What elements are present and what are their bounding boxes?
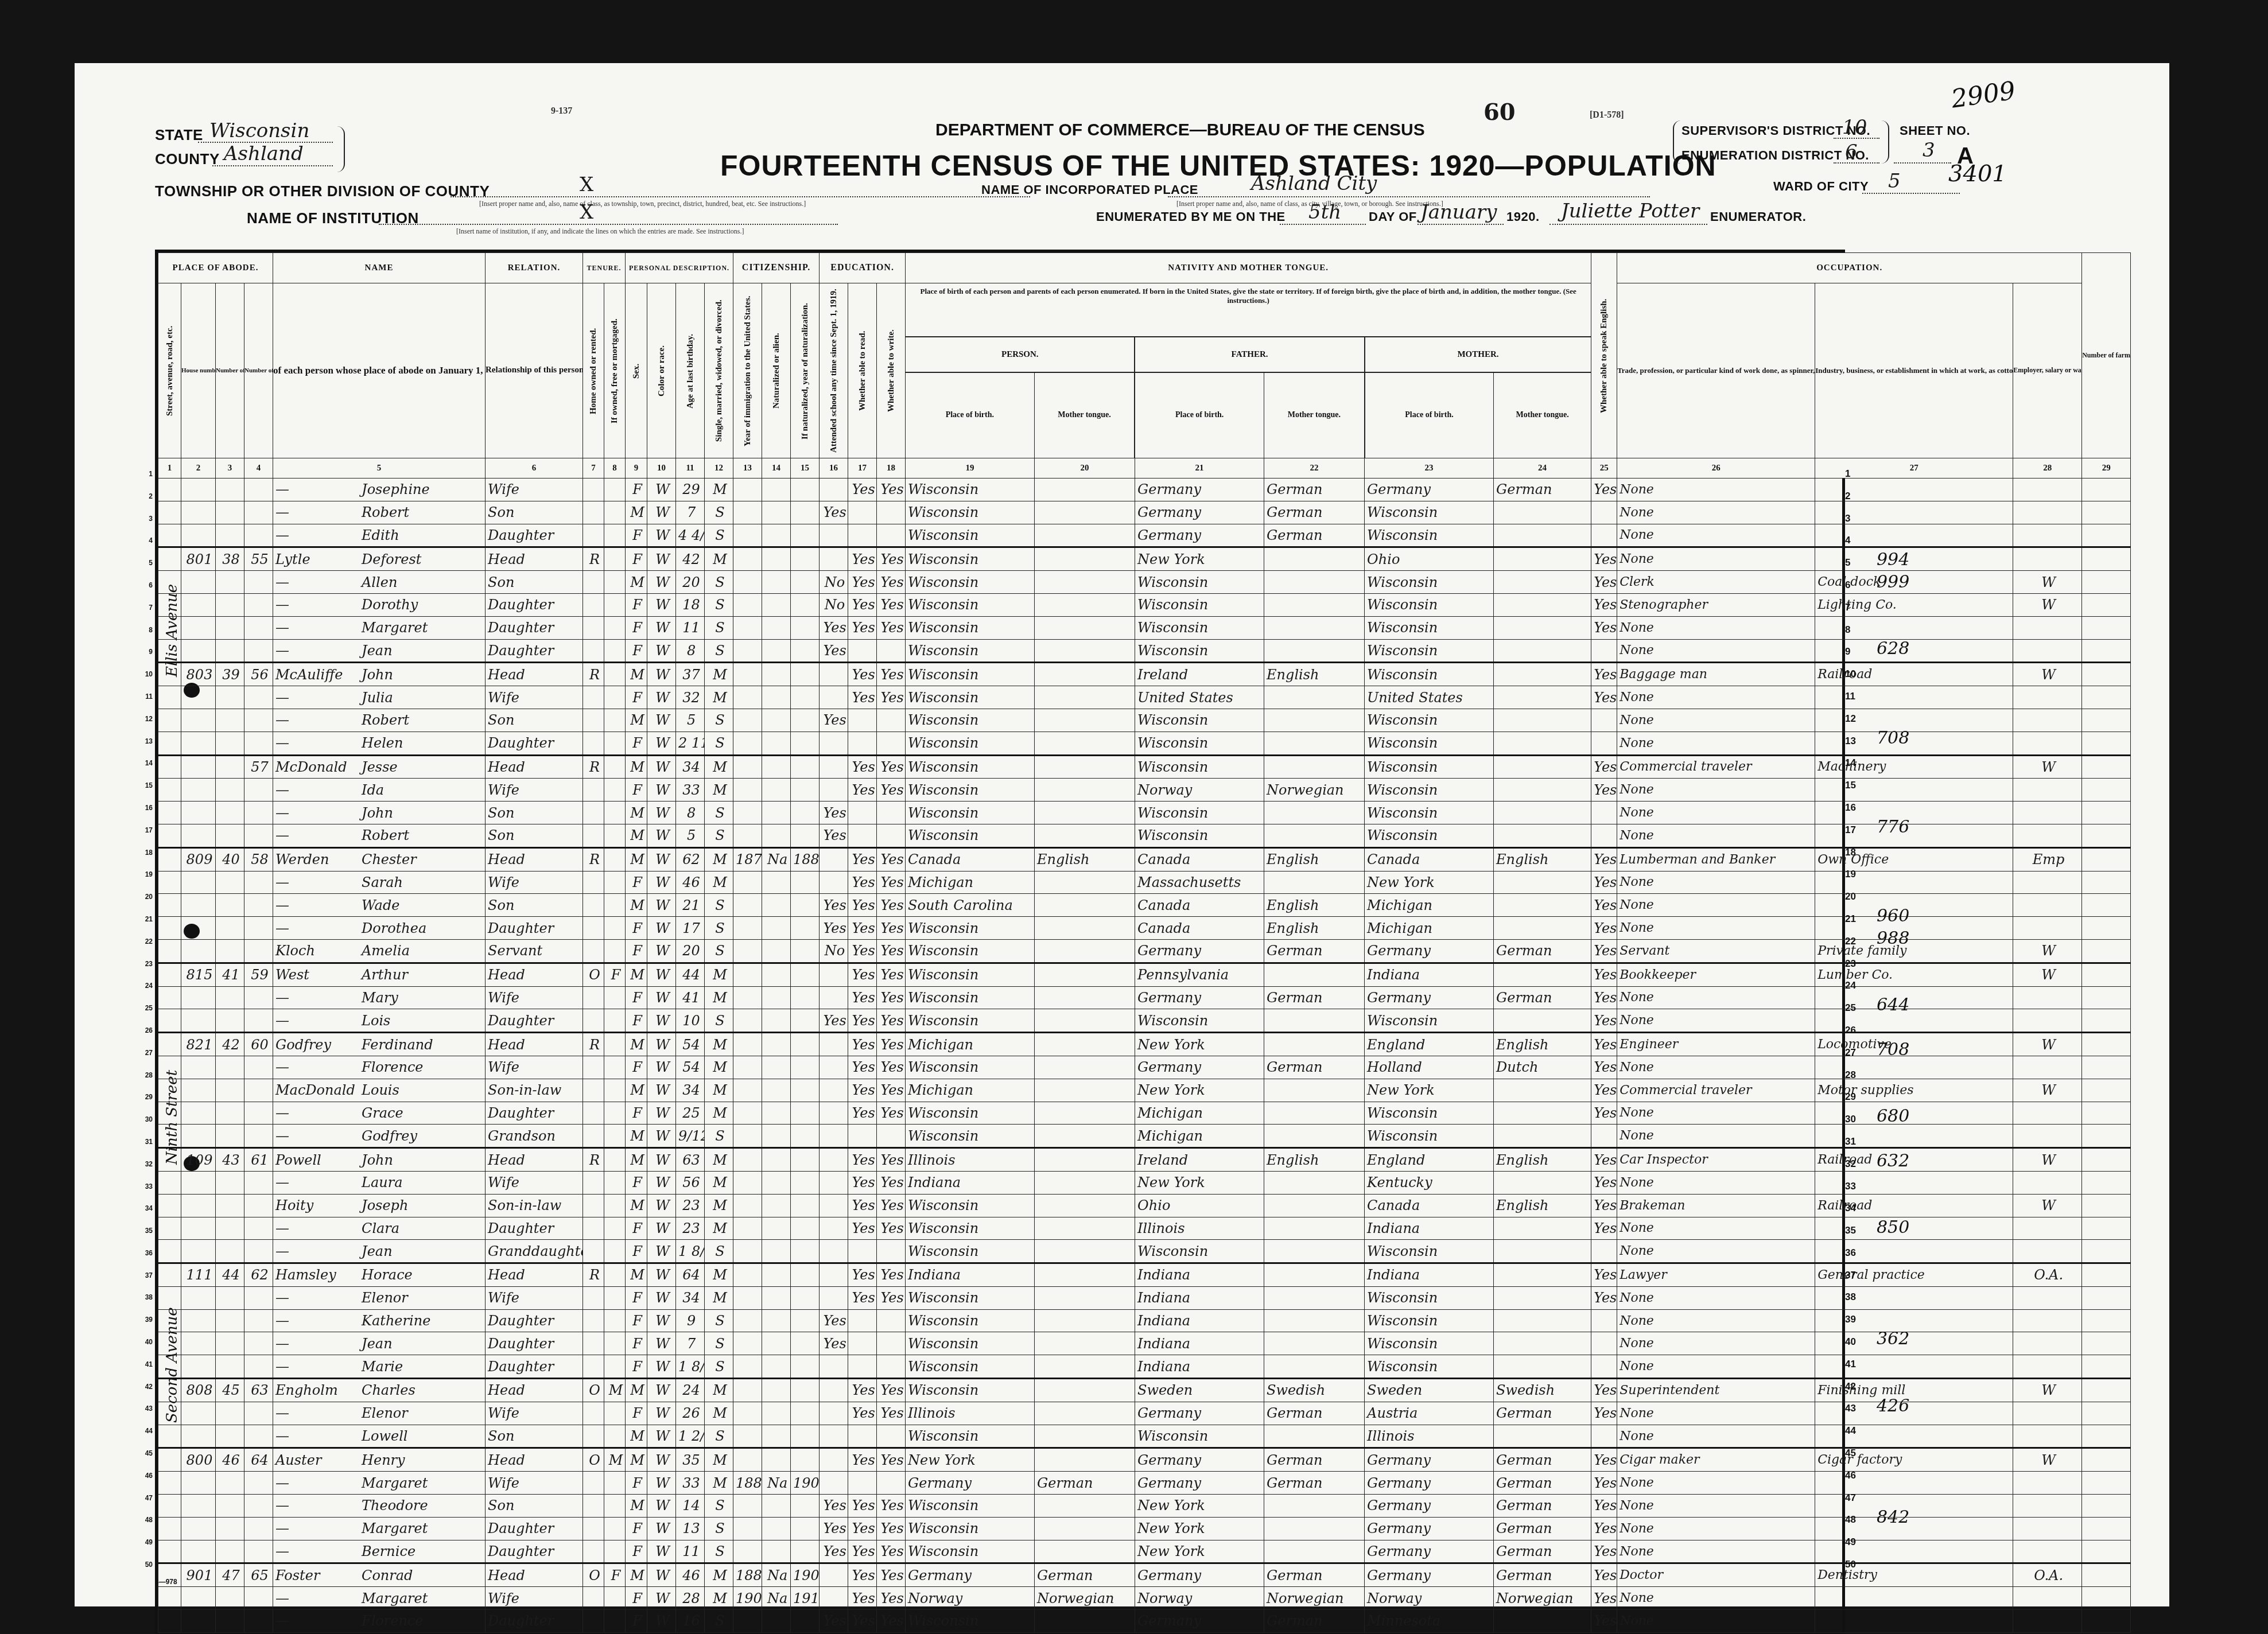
cell-class <box>2013 478 2082 501</box>
cell-english <box>1591 1309 1617 1332</box>
cell-pob: Wisconsin <box>906 1425 1035 1448</box>
cell-read: Yes <box>848 1448 877 1472</box>
cell-school: Yes <box>820 616 848 639</box>
cell-m_tongue <box>1494 501 1591 524</box>
line-number: 8 <box>132 619 153 641</box>
cell-f_tongue: German <box>1264 1610 1365 1633</box>
cell-english: Yes <box>1591 1102 1617 1125</box>
census-grid: PLACE OF ABODE. NAME RELATION. TENURE. P… <box>158 252 2131 1633</box>
cell-mortgage <box>604 847 626 871</box>
cell-nat <box>762 1056 791 1079</box>
cell-pob: Wisconsin <box>906 1540 1035 1563</box>
cell-dwelling: 41 <box>216 963 244 986</box>
occupation-code: 776 <box>1877 817 1909 837</box>
cell-english: Yes <box>1591 1194 1617 1217</box>
cell-read <box>848 802 877 824</box>
cell-farm <box>2082 1472 2131 1495</box>
cell-name: —Laura <box>273 1171 486 1194</box>
cell-class <box>2013 709 2082 732</box>
table-row: —MargaretWifeFW28M1902Na1914YesYesNorway… <box>158 1587 2131 1610</box>
line-number: 11 <box>132 686 153 708</box>
cell-mortgage <box>604 1263 626 1287</box>
line-number: 20 <box>1845 886 1879 908</box>
cell-age: 5 <box>676 709 705 732</box>
line-number: 7 <box>132 597 153 619</box>
cell-immig <box>733 1379 762 1402</box>
cell-marital: S <box>705 1355 733 1379</box>
cell-dwelling <box>216 1009 244 1033</box>
cell-mortgage: M <box>604 1448 626 1472</box>
cell-farm <box>2082 1102 2131 1125</box>
table-row: —TheodoreSonMW14SYesYesYesWisconsinNew Y… <box>158 1495 2131 1518</box>
header-industry: Industry, business, or establishment in … <box>1815 283 2013 458</box>
cell-farm <box>2082 686 2131 709</box>
cell-tenure <box>583 1587 604 1610</box>
line-number: 19 <box>132 863 153 886</box>
line-number: 23 <box>132 953 153 975</box>
table-row: KlochAmeliaServantFW20SNoYesYesWisconsin… <box>158 939 2131 963</box>
cell-mortgage <box>604 1425 626 1448</box>
cell-class <box>2013 1332 2082 1355</box>
cell-immig <box>733 1332 762 1355</box>
cell-trade: Doctor <box>1617 1563 1815 1587</box>
line-number: 44 <box>132 1420 153 1442</box>
cell-marital: M <box>705 478 733 501</box>
cell-sex: F <box>626 1355 647 1379</box>
cell-m_tongue <box>1494 1125 1591 1148</box>
cell-marital: M <box>705 1448 733 1472</box>
cell-relation: Son <box>486 1495 583 1518</box>
cell-tenure <box>583 824 604 847</box>
cell-sex: F <box>626 779 647 802</box>
cell-family <box>244 571 273 594</box>
cell-natyr <box>791 1171 820 1194</box>
cell-class <box>2013 1472 2082 1495</box>
cell-house <box>181 1472 216 1495</box>
enumerator-label: ENUMERATOR. <box>1710 209 1806 224</box>
cell-family <box>244 1355 273 1379</box>
cell-name: McAuliffeJohn <box>273 663 486 686</box>
line-number: 28 <box>132 1064 153 1087</box>
surname: Engholm <box>275 1382 362 1398</box>
table-row: 57McDonaldJesseHeadRMW34MYesYesWisconsin… <box>158 755 2131 779</box>
cell-class: W <box>2013 1194 2082 1217</box>
line-number: 50 <box>1845 1554 1879 1576</box>
cell-natyr <box>791 1240 820 1263</box>
cell-trade: Bookkeeper <box>1617 963 1815 986</box>
cell-f_tongue <box>1264 1171 1365 1194</box>
cell-read: Yes <box>848 478 877 501</box>
cell-immig <box>733 1194 762 1217</box>
cell-age: 34 <box>676 1286 705 1309</box>
cell-english <box>1591 732 1617 755</box>
header-personal-description: PERSONAL DESCRIPTION. <box>626 253 733 283</box>
cell-english: Yes <box>1591 616 1617 639</box>
cell-class <box>2013 1355 2082 1379</box>
father-pob-header: Place of birth. <box>1134 373 1264 458</box>
cell-dwelling: 44 <box>216 1263 244 1287</box>
cell-race: W <box>647 616 676 639</box>
cell-m_tongue: English <box>1494 1033 1591 1056</box>
cell-relation: Daughter <box>486 524 583 547</box>
column-number: 26 <box>1617 458 1815 478</box>
cell-tenure <box>583 871 604 894</box>
cell-nat <box>762 1102 791 1125</box>
cell-class: W <box>2013 1079 2082 1102</box>
cell-tongue <box>1035 1171 1135 1194</box>
cell-tongue <box>1035 709 1135 732</box>
cell-f_pob: Massachusetts <box>1135 871 1264 894</box>
cell-read: Yes <box>848 616 877 639</box>
cell-nat <box>762 1379 791 1402</box>
cell-read: Yes <box>848 1379 877 1402</box>
cell-tenure <box>583 1125 604 1148</box>
cell-mortgage <box>604 1587 626 1610</box>
cell-family <box>244 1240 273 1263</box>
cell-relation: Wife <box>486 1056 583 1079</box>
cell-immig <box>733 1425 762 1448</box>
cell-relation: Son <box>486 709 583 732</box>
cell-class: W <box>2013 1148 2082 1172</box>
cell-age: 2 11/12 <box>676 732 705 755</box>
cell-f_pob: Indiana <box>1135 1309 1264 1332</box>
cell-house <box>181 1125 216 1148</box>
cell-nat <box>762 963 791 986</box>
cell-relation: Grandson <box>486 1125 583 1148</box>
column-number: 24 <box>1494 458 1591 478</box>
cell-sex: F <box>626 1332 647 1355</box>
column-number: 15 <box>791 458 820 478</box>
cell-class <box>2013 1425 2082 1448</box>
cell-f_pob: Wisconsin <box>1135 755 1264 779</box>
surname: — <box>275 481 362 497</box>
cell-trade: Lawyer <box>1617 1263 1815 1287</box>
cell-class <box>2013 1309 2082 1332</box>
cell-write: Yes <box>877 986 906 1009</box>
cell-read: Yes <box>848 1517 877 1540</box>
given-name: Robert <box>362 504 409 520</box>
cell-relation: Daughter <box>486 1517 583 1540</box>
table-row: —JeanGranddaughterFW1 8/12SWisconsinWisc… <box>158 1240 2131 1263</box>
given-name: Elenor <box>362 1405 408 1421</box>
state-value: Wisconsin <box>209 119 309 142</box>
cell-pob: Wisconsin <box>906 963 1035 986</box>
cell-f_tongue: German <box>1264 986 1365 1009</box>
form-code: 9-137 <box>551 106 572 116</box>
cell-tenure <box>583 1171 604 1194</box>
cell-race: W <box>647 1402 676 1425</box>
cell-house: 815 <box>181 963 216 986</box>
surname: — <box>275 620 362 636</box>
cell-relation: Daughter <box>486 593 583 616</box>
cell-immig <box>733 1102 762 1125</box>
cell-natyr <box>791 616 820 639</box>
cell-family <box>244 1495 273 1518</box>
cell-f_pob: Wisconsin <box>1135 732 1264 755</box>
line-number: 36 <box>132 1242 153 1265</box>
given-name: Jean <box>362 1243 393 1259</box>
cell-f_pob: New York <box>1135 1079 1264 1102</box>
cell-m_pob: Wisconsin <box>1365 1355 1494 1379</box>
cell-race: W <box>647 847 676 871</box>
cell-pob: Wisconsin <box>906 1125 1035 1148</box>
cell-dwelling <box>216 1286 244 1309</box>
cell-mortgage <box>604 1194 626 1217</box>
cell-marital: M <box>705 847 733 871</box>
cell-farm <box>2082 616 2131 639</box>
cell-race: W <box>647 639 676 663</box>
cell-age: 14 <box>676 1495 705 1518</box>
cell-class <box>2013 1171 2082 1194</box>
cell-tongue <box>1035 779 1135 802</box>
cell-write: Yes <box>877 1148 906 1172</box>
cell-sex: M <box>626 1448 647 1472</box>
given-name: Julia <box>362 690 393 706</box>
line-number: 6 <box>1845 574 1879 597</box>
cell-family <box>244 986 273 1009</box>
cell-name: —Theodore <box>273 1495 486 1518</box>
cell-read <box>848 1125 877 1148</box>
cell-dwelling <box>216 478 244 501</box>
cell-school: Yes <box>820 1540 848 1563</box>
cell-natyr <box>791 1355 820 1379</box>
cell-family <box>244 1425 273 1448</box>
cell-tongue <box>1035 1309 1135 1332</box>
cell-farm <box>2082 871 2131 894</box>
cell-trade: None <box>1617 547 1815 571</box>
cell-relation: Son <box>486 824 583 847</box>
supervisor-value: 10 <box>1842 116 1867 139</box>
given-name: Margaret <box>362 1590 428 1606</box>
cell-pob: Wisconsin <box>906 1517 1035 1540</box>
cell-dwelling <box>216 939 244 963</box>
line-number: 31 <box>1845 1131 1879 1153</box>
cell-tenure <box>583 593 604 616</box>
cell-name: —Margaret <box>273 1517 486 1540</box>
column-number: 4 <box>244 458 273 478</box>
cell-trade: Clerk <box>1617 571 1815 594</box>
cell-street <box>158 1379 181 1402</box>
cell-m_tongue <box>1494 1263 1591 1287</box>
cell-name: FosterConrad <box>273 1563 486 1587</box>
cell-name: MacDonaldLouis <box>273 1079 486 1102</box>
cell-class <box>2013 1495 2082 1518</box>
cell-m_tongue <box>1494 686 1591 709</box>
county-value: Ashland <box>224 142 304 165</box>
cell-sex: M <box>626 709 647 732</box>
cell-english: Yes <box>1591 1610 1617 1633</box>
cell-f_pob: Wisconsin <box>1135 824 1264 847</box>
cell-pob: Wisconsin <box>906 1355 1035 1379</box>
cell-race: W <box>647 1610 676 1633</box>
surname: — <box>275 1013 362 1029</box>
occupation-code: 632 <box>1877 1151 1909 1171</box>
cell-marital: M <box>705 1286 733 1309</box>
header-race: Color or race. <box>647 283 676 458</box>
surname: Hamsley <box>275 1267 362 1283</box>
cell-nat <box>762 616 791 639</box>
cell-write: Yes <box>877 547 906 571</box>
surname: — <box>275 574 362 590</box>
cell-street <box>158 824 181 847</box>
cell-family <box>244 779 273 802</box>
cell-trade: None <box>1617 1332 1815 1355</box>
line-number: 20 <box>132 886 153 908</box>
cell-nat <box>762 917 791 940</box>
cell-english: Yes <box>1591 917 1617 940</box>
cell-sex: M <box>626 1379 647 1402</box>
occupation-code: 850 <box>1877 1217 1909 1238</box>
cell-farm <box>2082 1379 2131 1402</box>
cell-f_pob: Indiana <box>1135 1263 1264 1287</box>
cell-f_pob: Michigan <box>1135 1102 1264 1125</box>
cell-trade: Commercial traveler <box>1617 1079 1815 1102</box>
surname: Godfrey <box>275 1037 362 1053</box>
line-number: 32 <box>1845 1153 1879 1176</box>
cell-name: PowellJohn <box>273 1148 486 1172</box>
cell-m_pob: New York <box>1365 1079 1494 1102</box>
cell-pob: Michigan <box>906 1033 1035 1056</box>
cell-street <box>158 709 181 732</box>
cell-tenure <box>583 1472 604 1495</box>
cell-f_tongue: Swedish <box>1264 1379 1365 1402</box>
cell-relation: Head <box>486 1148 583 1172</box>
table-row: —HelenDaughterFW2 11/12SWisconsinWiscons… <box>158 732 2131 755</box>
cell-class: W <box>2013 1033 2082 1056</box>
cell-immig <box>733 939 762 963</box>
cell-m_tongue <box>1494 1079 1591 1102</box>
cell-house <box>181 616 216 639</box>
cell-age: 64 <box>676 1263 705 1287</box>
cell-m_tongue: German <box>1494 986 1591 1009</box>
cell-m_tongue: German <box>1494 1472 1591 1495</box>
cell-pob: Wisconsin <box>906 1379 1035 1402</box>
cell-f_pob: New York <box>1135 1171 1264 1194</box>
given-name: Bernice <box>362 1543 415 1559</box>
cell-dwelling <box>216 639 244 663</box>
cell-farm <box>2082 1171 2131 1194</box>
cell-english: Yes <box>1591 1379 1617 1402</box>
line-number: 19 <box>1845 863 1879 886</box>
cell-english: Yes <box>1591 1587 1617 1610</box>
cell-name: —Lowell <box>273 1425 486 1448</box>
table-row: 1114462HamsleyHoraceHeadRMW64MYesYesIndi… <box>158 1263 2131 1287</box>
cell-tenure: R <box>583 1033 604 1056</box>
surname: — <box>275 1543 362 1559</box>
cell-english: Yes <box>1591 593 1617 616</box>
surname: — <box>275 990 362 1006</box>
cell-class <box>2013 1056 2082 1079</box>
cell-mortgage: F <box>604 1563 626 1587</box>
sheet-label: SHEET NO. <box>1900 123 1970 138</box>
cell-read <box>848 1355 877 1379</box>
line-number: 27 <box>132 1042 153 1064</box>
table-row: —LoisDaughterFW10SYesYesYesWisconsinWisc… <box>158 1009 2131 1033</box>
cell-race: W <box>647 1472 676 1495</box>
cell-farm <box>2082 571 2131 594</box>
cell-family <box>244 871 273 894</box>
census-sheet: 9-137 DEPARTMENT OF COMMERCE—BUREAU OF T… <box>75 63 2169 1606</box>
cell-marital: S <box>705 824 733 847</box>
cell-trade: None <box>1617 616 1815 639</box>
cell-trade: None <box>1617 732 1815 755</box>
cell-immig <box>733 639 762 663</box>
cell-immig <box>733 917 762 940</box>
cell-farm <box>2082 1286 2131 1309</box>
cell-pob: Wisconsin <box>906 1102 1035 1125</box>
surname: West <box>275 967 362 983</box>
cell-write: Yes <box>877 686 906 709</box>
surname: Hoity <box>275 1197 362 1213</box>
cell-street <box>158 1517 181 1540</box>
cell-mortgage <box>604 1472 626 1495</box>
cell-pob: Germany <box>906 1472 1035 1495</box>
given-name: Dorothy <box>362 597 418 613</box>
cell-immig <box>733 1402 762 1425</box>
cell-marital: S <box>705 524 733 547</box>
cell-house <box>181 1309 216 1332</box>
cell-m_tongue <box>1494 1309 1591 1332</box>
cell-english <box>1591 709 1617 732</box>
cell-trade: None <box>1617 1495 1815 1518</box>
cell-family <box>244 1009 273 1033</box>
cell-name: —Josephine <box>273 478 486 501</box>
cell-school <box>820 986 848 1009</box>
cell-dwelling <box>216 871 244 894</box>
cell-name: EngholmCharles <box>273 1379 486 1402</box>
cell-family <box>244 1217 273 1240</box>
cell-dwelling <box>216 709 244 732</box>
cell-trade: None <box>1617 1355 1815 1379</box>
cell-school: Yes <box>820 1495 848 1518</box>
cell-name: —Jean <box>273 1240 486 1263</box>
line-number: 25 <box>132 997 153 1020</box>
cell-sex: M <box>626 1263 647 1287</box>
cell-read <box>848 639 877 663</box>
cell-relation: Daughter <box>486 1355 583 1379</box>
given-name: Henry <box>362 1452 405 1468</box>
cell-race: W <box>647 1309 676 1332</box>
cell-m_tongue: German <box>1494 1448 1591 1472</box>
cell-nat <box>762 593 791 616</box>
cell-tongue <box>1035 986 1135 1009</box>
line-number: 36 <box>1845 1242 1879 1265</box>
table-row: HoityJosephSon-in-lawMW23MYesYesWisconsi… <box>158 1194 2131 1217</box>
cell-trade: None <box>1617 871 1815 894</box>
cell-name: —Robert <box>273 501 486 524</box>
cell-tongue <box>1035 1148 1135 1172</box>
given-name: Ida <box>362 782 384 798</box>
cell-tongue <box>1035 917 1135 940</box>
line-number: 33 <box>132 1176 153 1198</box>
line-number: 40 <box>132 1331 153 1353</box>
cell-race: W <box>647 478 676 501</box>
cell-dwelling <box>216 1102 244 1125</box>
cell-natyr <box>791 1540 820 1563</box>
cell-house <box>181 1517 216 1540</box>
given-name: Florence <box>362 1613 424 1629</box>
cell-sex: F <box>626 1009 647 1033</box>
cell-marital: M <box>705 1217 733 1240</box>
cell-mortgage <box>604 1009 626 1033</box>
cell-trade: None <box>1617 639 1815 663</box>
surname: — <box>275 1174 362 1191</box>
cell-pob: Michigan <box>906 1079 1035 1102</box>
cell-family <box>244 686 273 709</box>
cell-house: 808 <box>181 1379 216 1402</box>
cell-tenure: O <box>583 1563 604 1587</box>
cell-nat <box>762 1355 791 1379</box>
